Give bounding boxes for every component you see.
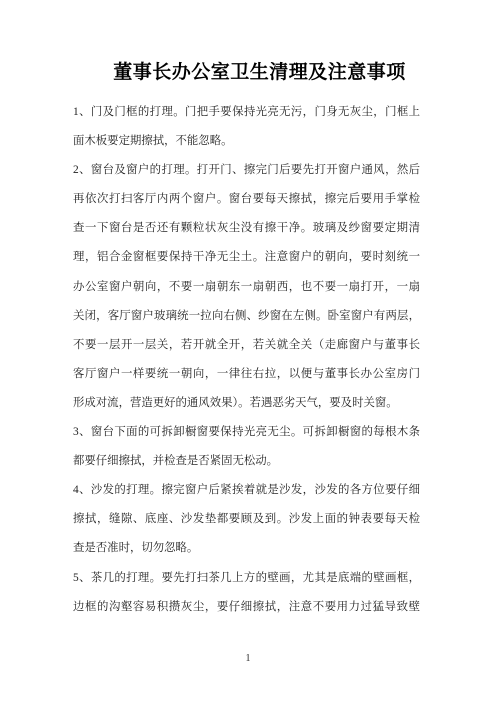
body-line: 面木板要定期擦拭，不能忽略。 — [73, 127, 420, 156]
body-line: 形成对流，营造更好的通风效果）。若遇恶劣天气，要及时关窗。 — [73, 389, 420, 418]
body-line: 3、窗台下面的可拆卸橱窗要保持光亮无尘。可拆卸橱窗的每根木条 — [73, 418, 420, 447]
body-line: 关闭，客厅窗户玻璃统一拉向右侧、纱窗在左侧。卧室窗户有两层， — [73, 302, 420, 331]
body-line: 都要仔细擦拭，并检查是否紧固无松动。 — [73, 447, 420, 476]
body-line: 理，铝合金窗框要保持干净无尘土。注意窗户的朝向，要时刻统一 — [73, 243, 420, 272]
body-line: 再依次打扫客厅内两个窗户。窗台要每天擦拭，擦完后要用手掌检 — [73, 185, 420, 214]
document-body: 1、门及门框的打理。门把手要保持光亮无污，门身无灰尘，门框上 面木板要定期擦拭，… — [73, 98, 420, 622]
document-page: 董事长办公室卫生清理及注意事项 1、门及门框的打理。门把手要保持光亮无污，门身无… — [0, 0, 496, 702]
body-line: 5、茶几的打理。要先打扫茶几上方的壁画，尤其是底端的壁画框， — [73, 564, 420, 593]
body-line: 擦拭，缝隙、底座、沙发垫都要顾及到。沙发上面的钟表要每天检 — [73, 505, 420, 534]
body-line: 客厅窗户一样要统一朝向，一律往右拉，以便与董事长办公室房门 — [73, 360, 420, 389]
body-line: 2、窗台及窗户的打理。打开门、擦完门后要先打开窗户通风，然后 — [73, 156, 420, 185]
page-footer: 1 — [0, 648, 496, 666]
body-line: 4、沙发的打理。擦完窗户后紧挨着就是沙发，沙发的各方位要仔细 — [73, 476, 420, 505]
body-line: 1、门及门框的打理。门把手要保持光亮无污，门身无灰尘，门框上 — [73, 98, 420, 127]
body-line: 办公室窗户朝向，不要一扇朝东一扇朝西，也不要一扇打开，一扇 — [73, 273, 420, 302]
page-number: 1 — [246, 653, 251, 664]
document-title: 董事长办公室卫生清理及注意事项 — [73, 59, 420, 86]
body-line: 边框的沟壑容易积攒灰尘，要仔细擦拭，注意不要用力过猛导致壁 — [73, 593, 420, 622]
body-line: 查是否准时，切勿忽略。 — [73, 534, 420, 563]
body-line: 查一下窗台是否还有颗粒状灰尘没有擦干净。玻璃及纱窗要定期清 — [73, 214, 420, 243]
body-line: 不要一层开一层关，若开就全开，若关就全关（走廊窗户与董事长 — [73, 331, 420, 360]
